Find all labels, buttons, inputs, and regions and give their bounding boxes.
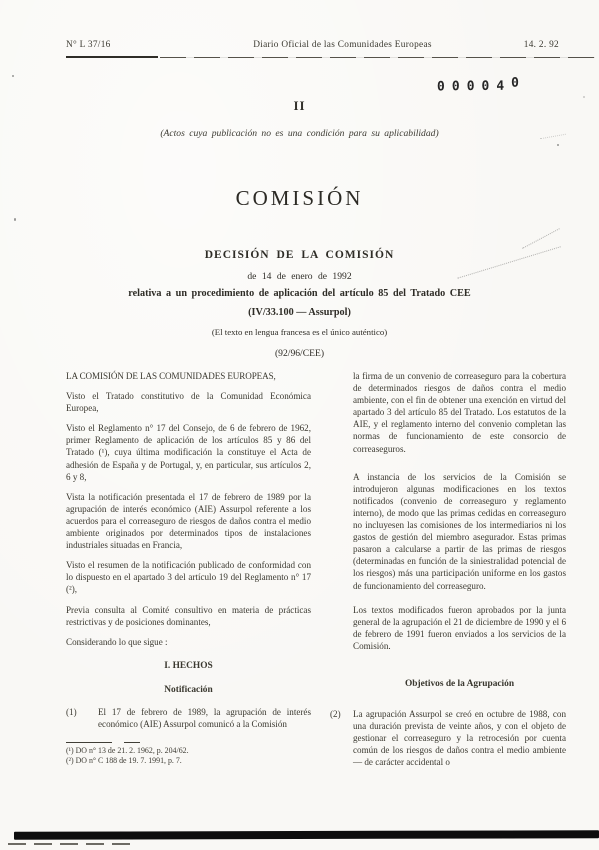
- paper-speck: [12, 75, 14, 77]
- recital-paragraph: Visto el resumen de la notificación publ…: [66, 559, 311, 595]
- footnotes: (¹) DO n° 13 de 21. 2. 1962, p. 204/62. …: [66, 742, 318, 765]
- recital-paragraph: Visto el Tratado constitutivo de la Comu…: [66, 390, 311, 414]
- decision-date: de 14 de enero de 1992: [0, 271, 599, 282]
- authentic-language-note: (El texto en lengua francesa es el único…: [0, 327, 599, 337]
- paper-speck: [14, 218, 16, 221]
- scan-edge-line: [8, 843, 136, 845]
- body-paragraph: A instancia de los servicios de la Comis…: [353, 471, 566, 592]
- section-heading-hechos: I. HECHOS: [66, 660, 311, 672]
- journal-title: Diario Oficial de las Comunidades Europe…: [216, 40, 469, 50]
- header-rule: [160, 57, 595, 58]
- commission-heading: COMISIÓN: [0, 186, 599, 211]
- paragraph-text: El 17 de febrero de 1989, la agrupación …: [98, 706, 311, 730]
- paper-speck: [583, 96, 585, 98]
- sub-heading-notificacion: Notificación: [66, 684, 311, 696]
- recital-paragraph: Visto el Reglamento n° 17 del Consejo, d…: [66, 422, 311, 482]
- journal-page: N° L 37/16 Diario Oficial de las Comunid…: [0, 0, 599, 850]
- scan-edge-bar: [14, 830, 599, 840]
- header-rule-left: [66, 56, 158, 58]
- issue-number: N° L 37/16: [66, 40, 216, 50]
- decision-subject: relativa a un procedimiento de aplicació…: [0, 288, 599, 299]
- paper-speck: [557, 144, 559, 146]
- paragraph-marker: (2): [330, 708, 341, 720]
- footnote-1: (¹) DO n° 13 de 21. 2. 1962, p. 204/62.: [66, 746, 318, 756]
- section-numeral: II: [0, 98, 599, 114]
- footnote-2: (²) DO n° C 188 de 19. 7. 1991, p. 7.: [66, 756, 318, 766]
- recital-paragraph: Considerando lo que sigue :: [66, 636, 311, 648]
- decision-case-number: (IV/33.100 — Assurpol): [0, 307, 599, 318]
- paragraph-text: La agrupación Assurpol se creó en octubr…: [353, 708, 566, 768]
- recital-paragraph: Vista la notificación presentada el 17 d…: [66, 491, 311, 551]
- recital-opening: LA COMISIÓN DE LAS COMUNIDADES EUROPEAS,: [66, 370, 311, 382]
- page-number-stamp: 000040: [437, 79, 526, 95]
- issue-date: 14. 2. 92: [469, 40, 559, 50]
- pencil-mark: [522, 228, 560, 249]
- paragraph-marker: (1): [66, 706, 98, 730]
- decision-title: DECISIÓN DE LA COMISIÓN: [0, 249, 599, 261]
- paragraph-1-continuation: la firma de un convenio de correaseguro …: [353, 370, 566, 455]
- footnote-rule: [66, 742, 318, 746]
- numbered-paragraph-1: (1) El 17 de febrero de 1989, la agrupac…: [66, 706, 311, 730]
- body-paragraph: Los textos modificados fueron aprobados …: [353, 604, 566, 652]
- left-column: LA COMISIÓN DE LAS COMUNIDADES EUROPEAS,…: [66, 370, 311, 730]
- publication-note: (Actos cuya publicación no es una condic…: [0, 128, 599, 139]
- page-header: N° L 37/16 Diario Oficial de las Comunid…: [66, 40, 559, 50]
- numbered-paragraph-2: (2) La agrupación Assurpol se creó en oc…: [330, 708, 566, 768]
- right-column: la firma de un convenio de correaseguro …: [330, 370, 566, 769]
- sub-heading-objetivos: Objetivos de la Agrupación: [353, 678, 566, 690]
- decision-reference: (92/96/CEE): [0, 348, 599, 359]
- recital-paragraph: Previa consulta al Comité consultivo en …: [66, 604, 311, 628]
